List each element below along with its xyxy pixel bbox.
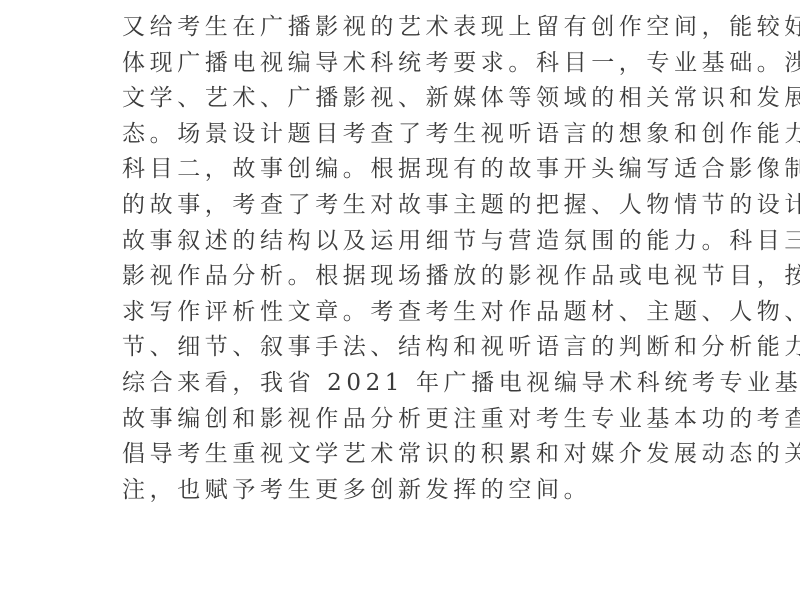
text-line-5: 科目二，故事创编。根据现有的故事开头编写适合影像制作 [122,152,682,188]
text-line-4: 态。场景设计题目考查了考生视听语言的想象和创作能力。 [122,117,682,153]
text-line-9: 求写作评析性文章。考查考生对作品题材、主题、人物、情 [122,295,682,331]
text-line-13: 倡导考生重视文学艺术常识的积累和对媒介发展动态的关 [122,437,682,473]
text-line-6: 的故事，考查了考生对故事主题的把握、人物情节的设计、 [122,188,682,224]
text-line-7: 故事叙述的结构以及运用细节与营造氛围的能力。科目三， [122,224,682,260]
text-line-12: 故事编创和影视作品分析更注重对考生专业基本功的考查， [122,402,682,438]
text-line-10: 节、细节、叙事手法、结构和视听语言的判断和分析能力。 [122,330,682,366]
text-line-8: 影视作品分析。根据现场播放的影视作品或电视节目，按要 [122,259,682,295]
text-line-2: 体现广播电视编导术科统考要求。科目一，专业基础。涉及 [122,46,682,82]
text-line-14: 注，也赋予考生更多创新发挥的空间。 [122,473,682,509]
text-line-1: 又给考生在广播影视的艺术表现上留有创作空间，能较好地 [122,10,682,46]
text-line-3: 文学、艺术、广播影视、新媒体等领域的相关常识和发展动 [122,81,682,117]
document-page: 又给考生在广播影视的艺术表现上留有创作空间，能较好地 体现广播电视编导术科统考要… [122,10,682,508]
text-line-11: 综合来看，我省 2021 年广播电视编导术科统考专业基础、 [122,366,682,402]
